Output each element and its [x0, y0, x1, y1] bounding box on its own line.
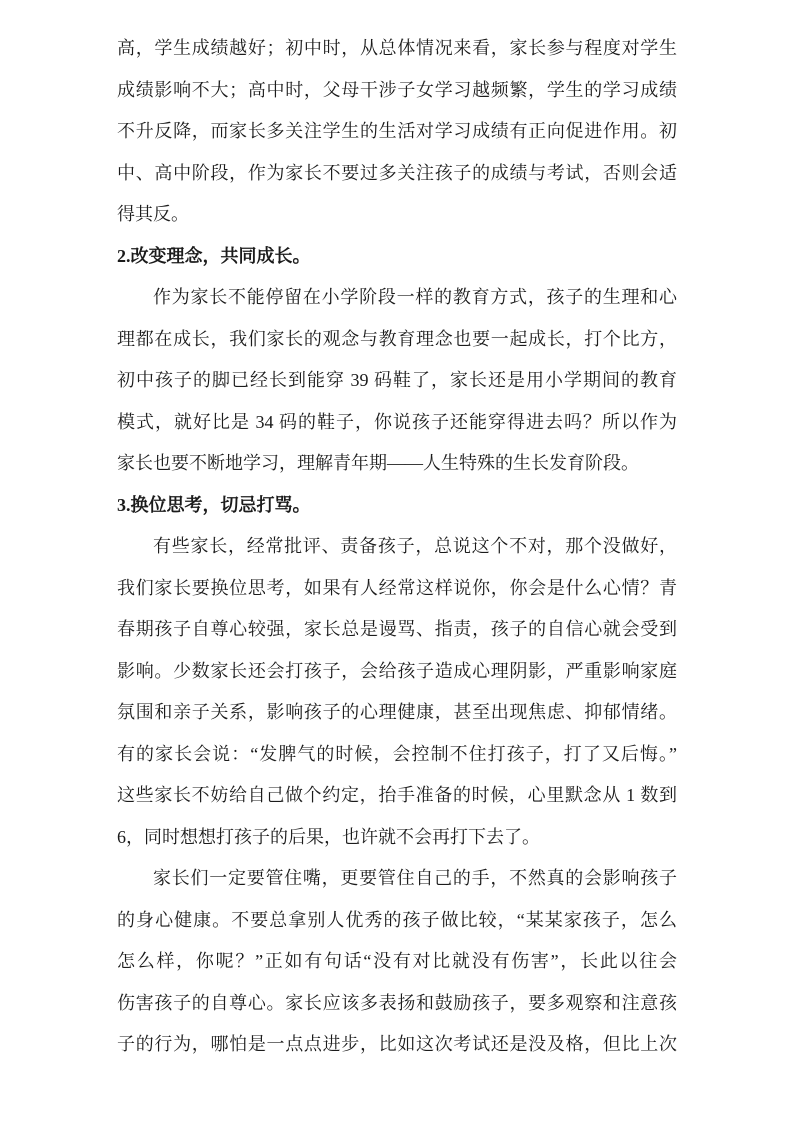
text-line: 初中孩子的脚已经长到能穿 39 码鞋了，家长还是用小学期间的教育: [117, 360, 677, 402]
text-line: 影响。少数家长还会打孩子，会给孩子造成心理阴影，严重影响家庭: [117, 651, 677, 693]
text-line: 得其反。: [117, 194, 677, 236]
text-line: 理都在成长，我们家长的观念与教育理念也要一起成长，打个比方，: [117, 319, 677, 361]
text-line: 我们家长要换位思考，如果有人经常这样说你，你会是什么心情？青: [117, 568, 677, 610]
text-line: 这些家长不妨给自己做个约定，抬手准备的时候，心里默念从 1 数到: [117, 775, 677, 817]
document-body: 高，学生成绩越好；初中时，从总体情况来看，家长参与程度对学生成绩影响不大；高中时…: [117, 28, 677, 1066]
text-line: 中、高中阶段，作为家长不要过多关注孩子的成绩与考试，否则会适: [117, 153, 677, 195]
text-line: 家长也要不断地学习，理解青年期——人生特殊的生长发育阶段。: [117, 443, 677, 485]
paragraph: 高，学生成绩越好；初中时，从总体情况来看，家长参与程度对学生成绩影响不大；高中时…: [117, 28, 677, 236]
text-line: 成绩影响不大；高中时，父母干涉子女学习越频繁，学生的学习成绩: [117, 70, 677, 112]
text-line: 有些家长，经常批评、责备孩子，总说这个不对，那个没做好，: [117, 526, 677, 568]
text-line: 模式，就好比是 34 码的鞋子，你说孩子还能穿得进去吗？所以作为: [117, 402, 677, 444]
section-heading: 2.改变理念，共同成长。: [117, 236, 677, 278]
text-line: 春期孩子自尊心较强，家长总是谩骂、指责，孩子的自信心就会受到: [117, 609, 677, 651]
text-line: 不升反降，而家长多关注学生的生活对学习成绩有正向促进作用。初: [117, 111, 677, 153]
paragraph: 家长们一定要管住嘴，更要管住自己的手，不然真的会影响孩子的身心健康。不要总拿别人…: [117, 858, 677, 1066]
paragraph: 作为家长不能停留在小学阶段一样的教育方式，孩子的生理和心理都在成长，我们家长的观…: [117, 277, 677, 485]
text-line: 6，同时想想打孩子的后果，也许就不会再打下去了。: [117, 817, 677, 859]
document-page: 高，学生成绩越好；初中时，从总体情况来看，家长参与程度对学生成绩影响不大；高中时…: [0, 0, 793, 1122]
text-line: 2.改变理念，共同成长。: [117, 236, 677, 278]
text-line: 子的行为，哪怕是一点点进步，比如这次考试还是没及格，但比上次: [117, 1024, 677, 1066]
text-line: 氛围和亲子关系，影响孩子的心理健康，甚至出现焦虑、抑郁情绪。: [117, 692, 677, 734]
text-line: 家长们一定要管住嘴，更要管住自己的手，不然真的会影响孩子: [117, 858, 677, 900]
text-line: 的身心健康。不要总拿别人优秀的孩子做比较，“某某家孩子，怎么: [117, 900, 677, 942]
text-line: 怎么样，你呢？”正如有句话“没有对比就没有伤害”，长此以往会: [117, 941, 677, 983]
text-line: 高，学生成绩越好；初中时，从总体情况来看，家长参与程度对学生: [117, 28, 677, 70]
text-line: 伤害孩子的自尊心。家长应该多表扬和鼓励孩子，要多观察和注意孩: [117, 983, 677, 1025]
text-line: 作为家长不能停留在小学阶段一样的教育方式，孩子的生理和心: [117, 277, 677, 319]
section-heading: 3.换位思考，切忌打骂。: [117, 485, 677, 527]
text-line: 有的家长会说：“发脾气的时候，会控制不住打孩子，打了又后悔。”: [117, 734, 677, 776]
paragraph: 有些家长，经常批评、责备孩子，总说这个不对，那个没做好，我们家长要换位思考，如果…: [117, 526, 677, 858]
text-line: 3.换位思考，切忌打骂。: [117, 485, 677, 527]
